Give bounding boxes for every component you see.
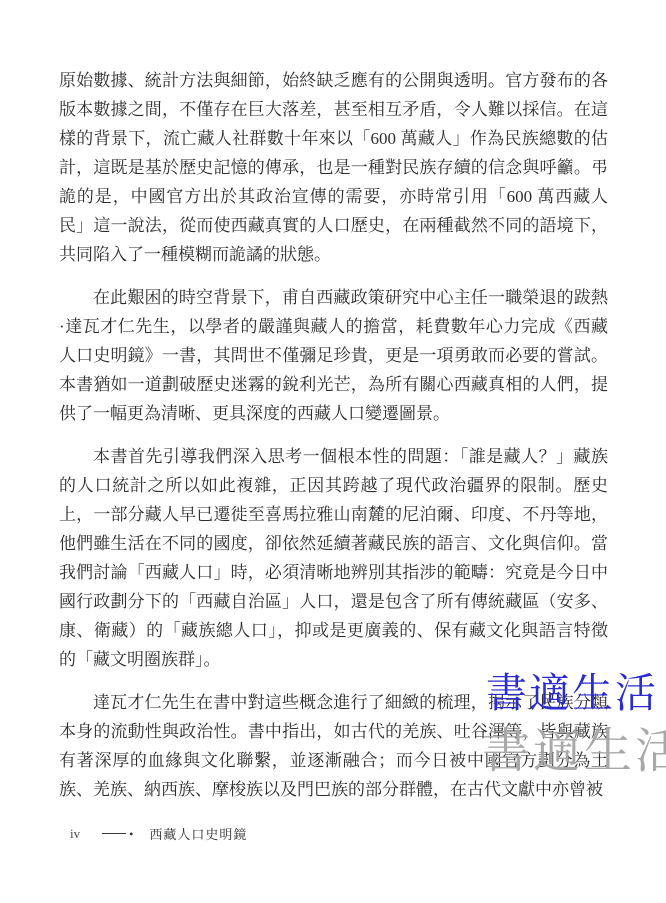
text-line: 的人口統計之所以如此複雜，正因其跨越了現代政治疆界的限制。歷史 <box>59 471 608 500</box>
body-text: 原始數據、統計方法與細節，始終缺乏應有的公開與透明。官方發布的各版本數據之間，不… <box>59 66 608 818</box>
text-line: 本書猶如一道劃破歷史迷霧的銳利光芒，為所有關心西藏真相的人們，提 <box>59 370 608 399</box>
text-line: 上，一部分藏人早已遷徙至喜馬拉雅山南麓的尼泊爾、印度、不丹等地， <box>59 500 608 529</box>
text-line: 有著深厚的血緣與文化聯繫，並逐漸融合；而今日被中國官方劃分為土 <box>59 746 608 775</box>
text-line: 族、羌族、納西族、摩梭族以及門巴族的部分群體，在古代文獻中亦曾被 <box>59 775 608 804</box>
page-number: iv <box>70 826 80 842</box>
page-footer: iv • 西藏人口史明鏡 <box>70 824 247 843</box>
footer-rule-icon <box>102 833 126 834</box>
text-line: 達瓦才仁先生在書中對這些概念進行了細緻的梳理，揭示了民族分類 <box>59 688 608 717</box>
footer-book-title: 西藏人口史明鏡 <box>149 824 247 843</box>
text-line: 在此艱困的時空背景下，甫自西藏政策研究中心主任一職榮退的跋熱 <box>59 283 608 312</box>
text-line: 人口史明鏡》一書，其問世不僅彌足珍貴，更是一項勇敢而必要的嘗試。 <box>59 341 608 370</box>
paragraph: 在此艱困的時空背景下，甫自西藏政策研究中心主任一職榮退的跋熱·達瓦才仁先生，以學… <box>59 283 608 428</box>
text-line: 原始數據、統計方法與細節，始終缺乏應有的公開與透明。官方發布的各 <box>59 66 608 95</box>
paragraph: 原始數據、統計方法與細節，始終缺乏應有的公開與透明。官方發布的各版本數據之間，不… <box>59 66 608 269</box>
text-line: 本身的流動性與政治性。書中指出，如古代的羌族、吐谷渾等，皆與藏族 <box>59 717 608 746</box>
text-line: 康、衛藏）的「藏族總人口」，抑或是更廣義的、保有藏文化與語言特徵 <box>59 616 608 645</box>
text-line: 本書首先引導我們深入思考一個根本性的問題：「誰是藏人？」藏族 <box>59 442 608 471</box>
text-line: 樣的背景下，流亡藏人社群數十年來以「600 萬藏人」作為民族總數的估 <box>59 124 608 153</box>
text-line: 我們討論「西藏人口」時，必須清晰地辨別其指涉的範疇：究竟是今日中 <box>59 558 608 587</box>
text-line: 的「藏文明圈族群」。 <box>59 645 608 674</box>
paragraph: 達瓦才仁先生在書中對這些概念進行了細緻的梳理，揭示了民族分類本身的流動性與政治性… <box>59 688 608 804</box>
text-line: 詭的是，中國官方出於其政治宣傳的需要，亦時常引用「600 萬西藏人 <box>59 182 608 211</box>
text-line: ·達瓦才仁先生，以學者的嚴謹與藏人的擔當，耗費數年心力完成《西藏 <box>59 312 608 341</box>
paragraph: 本書首先引導我們深入思考一個根本性的問題：「誰是藏人？」藏族的人口統計之所以如此… <box>59 442 608 674</box>
text-line: 計，這既是基於歷史記憶的傳承，也是一種對民族存續的信念與呼籲。弔 <box>59 153 608 182</box>
footer-bullet-icon: • <box>129 828 133 840</box>
text-line: 版本數據之間，不僅存在巨大落差，甚至相互矛盾，令人難以採信。在這 <box>59 95 608 124</box>
text-line: 國行政劃分下的「西藏自治區」人口，還是包含了所有傳統藏區（安多、 <box>59 587 608 616</box>
text-line: 供了一幅更為清晰、更具深度的西藏人口變遷圖景。 <box>59 399 608 428</box>
text-line: 他們雖生活在不同的國度，卻依然延續著藏民族的語言、文化與信仰。當 <box>59 529 608 558</box>
text-line: 民」這一說法，從而使西藏真實的人口歷史，在兩種截然不同的語境下， <box>59 211 608 240</box>
document-page: 原始數據、統計方法與細節，始終缺乏應有的公開與透明。官方發布的各版本數據之間，不… <box>0 0 666 903</box>
text-line: 共同陷入了一種模糊而詭譎的狀態。 <box>59 240 608 269</box>
